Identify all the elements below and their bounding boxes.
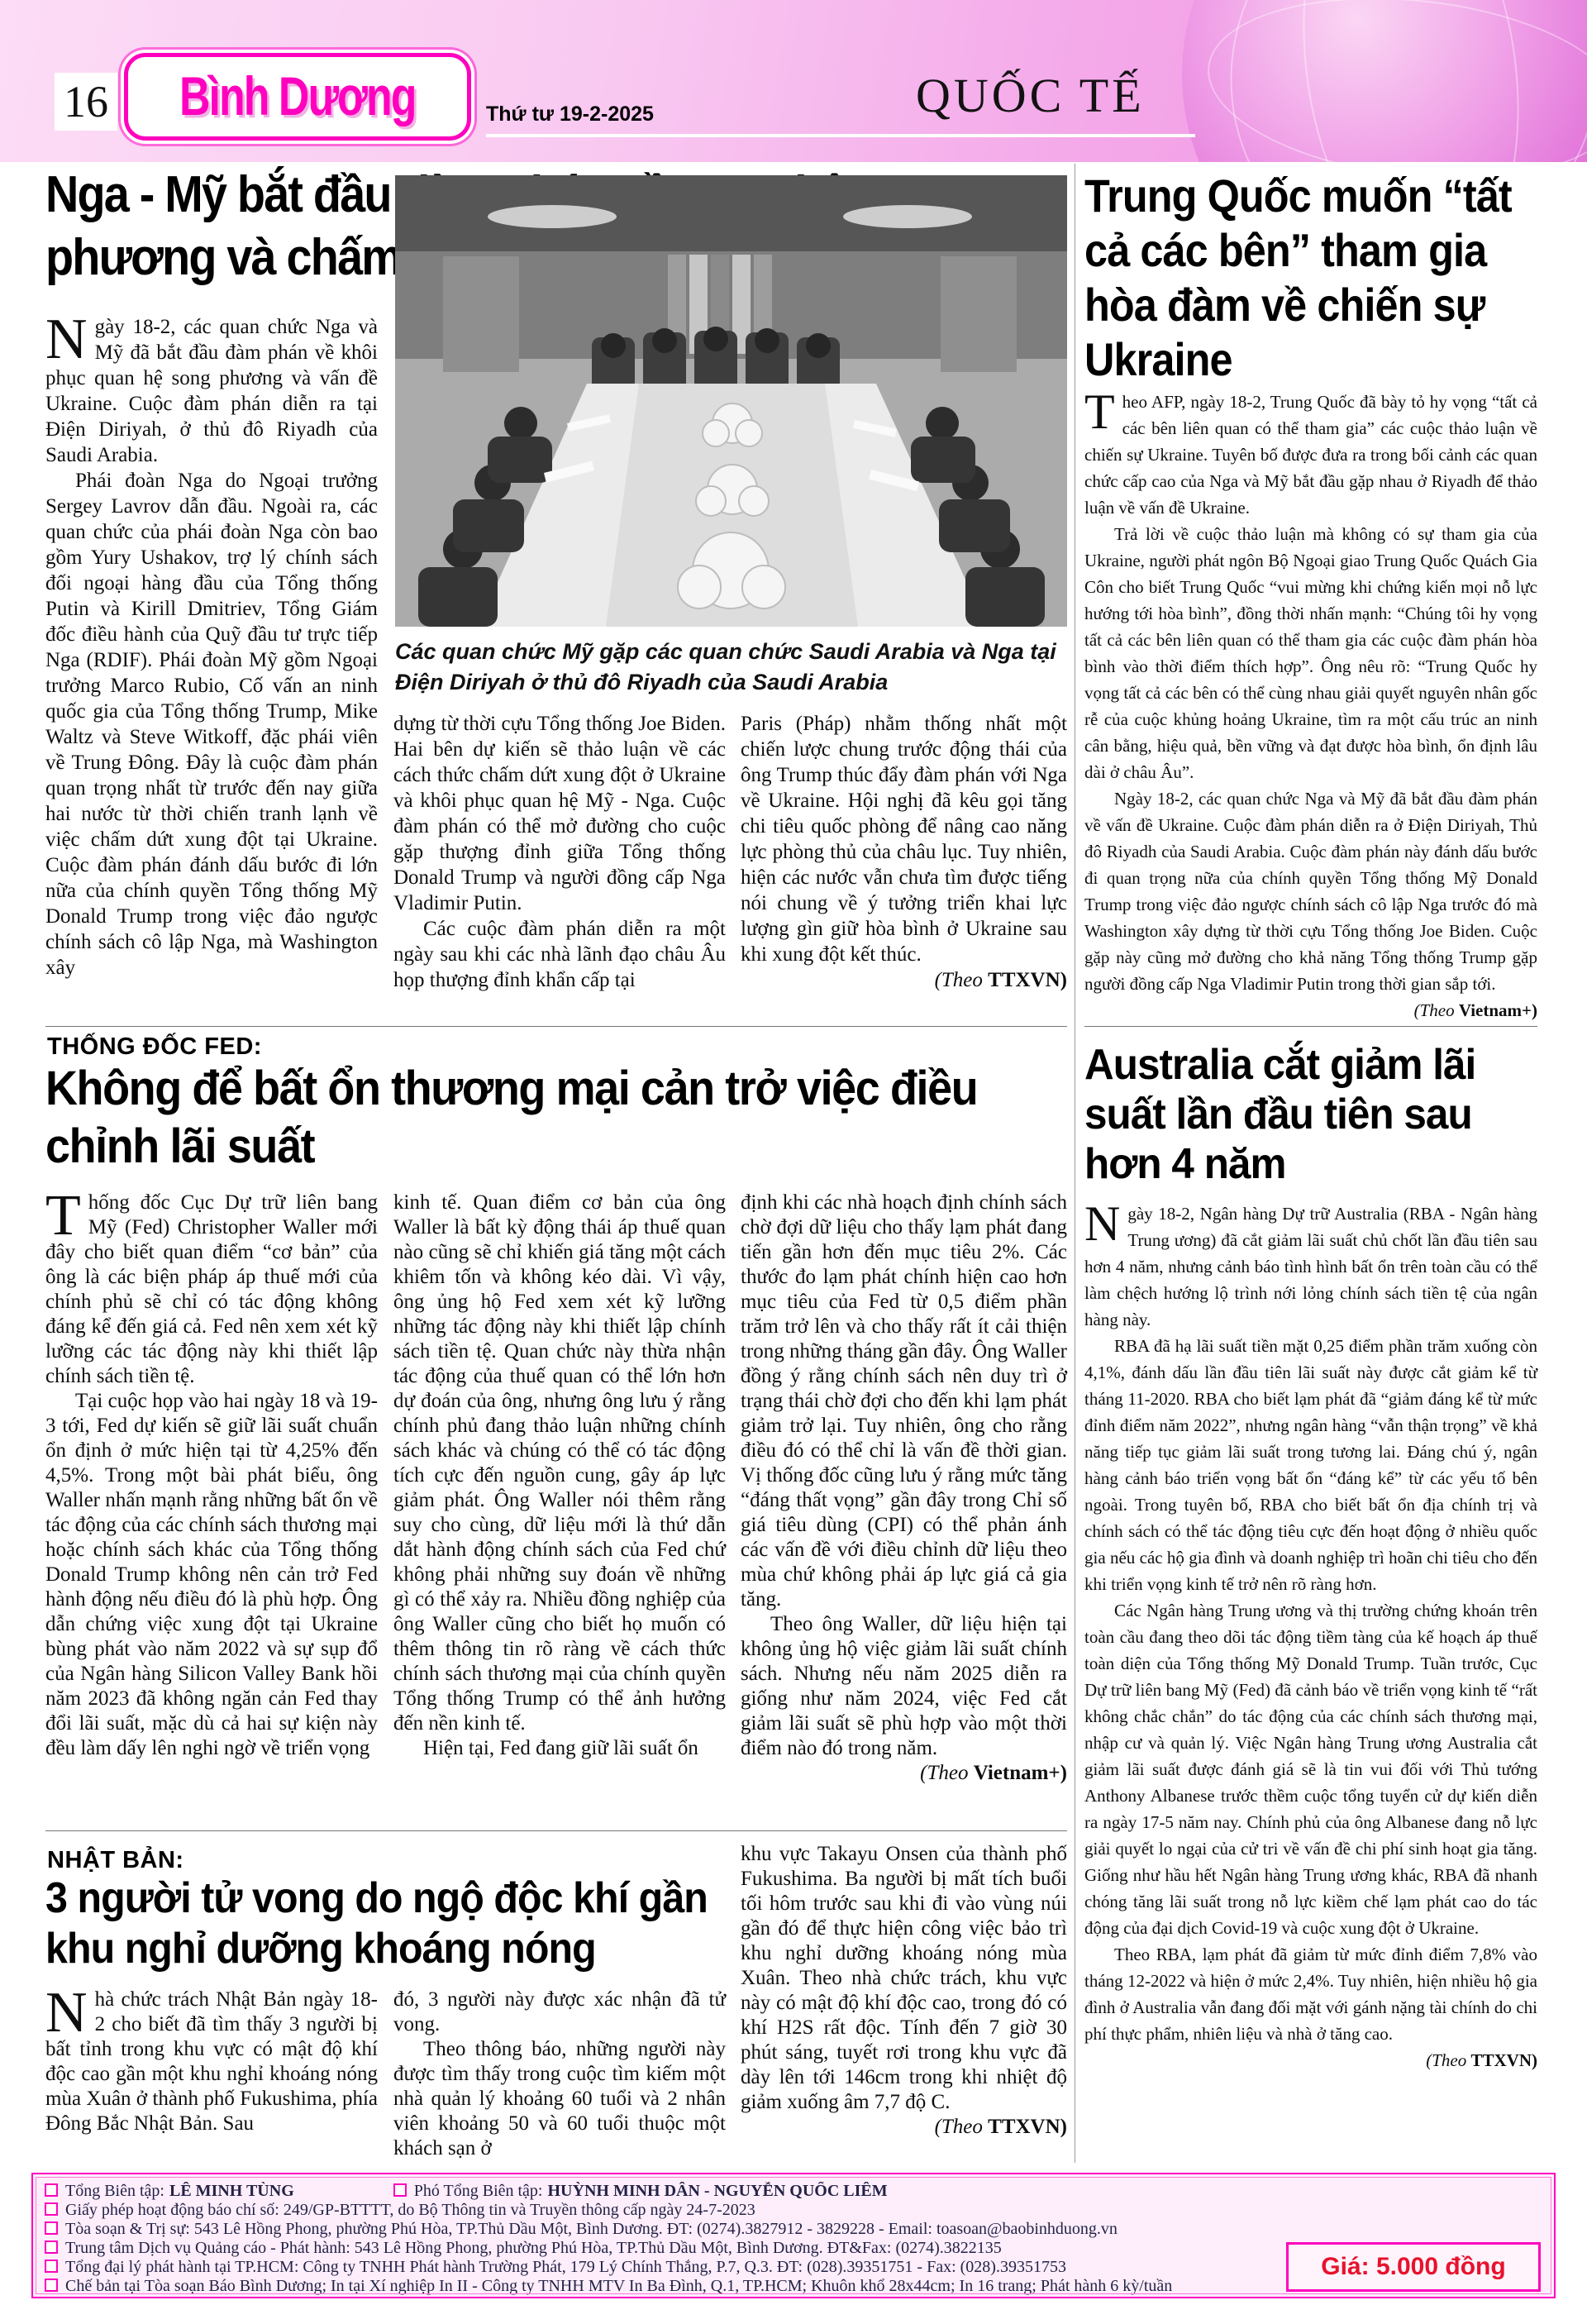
newspaper-page: 16 Bình Dương Thứ tư 19-2-2025 QUỐC TẾ N… — [0, 0, 1587, 2324]
footer-text: Giấy phép hoạt động báo chí số: 249/GP-B… — [65, 2201, 755, 2220]
footer-line-address: Tòa soạn & Trị sự: 543 Lê Hồng Phong, ph… — [45, 2220, 1268, 2239]
paragraph: định khi các nhà hoạch định chính sách c… — [741, 1191, 1067, 1612]
paragraph: Ngày 18-2, các quan chức Nga và Mỹ đã bắ… — [45, 314, 378, 468]
photo-caption: Các quan chức Mỹ gặp các quan chức Saudi… — [395, 637, 1067, 698]
article-japan-col2: đó, 3 người này được xác nhận đã tử vong… — [393, 1988, 726, 2161]
paragraph: Nhà chức trách Nhật Bản ngày 18-2 cho bi… — [45, 1988, 378, 2136]
article-fed-col3: định khi các nhà hoạch định chính sách c… — [741, 1191, 1067, 1786]
source-prefix: (Theo — [1414, 1000, 1459, 1020]
paragraph-text: gày 18-2, Ngân hàng Dự trữ Australia (RB… — [1084, 1204, 1537, 1329]
paragraph: khu vực Takayu Onsen của thành phố Fukus… — [741, 1842, 1067, 2115]
section-rule — [45, 1830, 1067, 1831]
article-japan-kicker: NHẬT BẢN: — [47, 1847, 184, 1874]
section-rule — [45, 1026, 1067, 1027]
paragraph: Thống đốc Cục Dự trữ liên bang Mỹ (Fed) … — [45, 1191, 378, 1389]
square-bullet-icon — [45, 2183, 58, 2197]
issue-date: Thứ tư 19-2-2025 — [486, 103, 654, 126]
deputy-editors-names: HUỲNH MINH DÂN - NGUYỄN QUỐC LIÊM — [548, 2182, 888, 2201]
source-prefix: (Theo — [920, 1762, 974, 1784]
article-japan-col1: Nhà chức trách Nhật Bản ngày 18-2 cho bi… — [45, 1988, 378, 2136]
paragraph: Phái đoàn Nga do Ngoại trưởng Sergey Lav… — [45, 468, 378, 981]
article-russia-us-col3: Paris (Pháp) nhằm thống nhất một chiến l… — [741, 711, 1067, 993]
article-russia-us-col2: dựng từ thời cựu Tổng thống Joe Biden. H… — [393, 711, 726, 993]
footer-line-distribution: Tổng đại lý phát hành tại TP.HCM: Công t… — [45, 2258, 1268, 2277]
source-credit: (Theo Vietnam+) — [1084, 997, 1537, 1024]
source-name: Vietnam+) — [1459, 1000, 1537, 1020]
section-title: QUỐC TẾ — [916, 68, 1145, 123]
square-bullet-icon — [45, 2221, 58, 2235]
square-bullet-icon — [393, 2183, 407, 2197]
article-russia-us-col1: Ngày 18-2, các quan chức Nga và Mỹ đã bắ… — [45, 314, 378, 981]
drop-cap: N — [1084, 1200, 1127, 1243]
editor-in-chief-name: LÊ MINH TÙNG — [169, 2182, 294, 2201]
paragraph-text: hà chức trách Nhật Bản ngày 18-2 cho biế… — [45, 1988, 378, 2135]
article-fed-col2: kinh tế. Quan điểm cơ bản của ông Waller… — [393, 1191, 726, 1761]
source-name: TTXVN) — [1470, 2050, 1537, 2070]
paragraph: Ngày 18-2, Ngân hàng Dự trữ Australia (R… — [1084, 1200, 1537, 1333]
article-fed-kicker: THỐNG ĐỐC FED: — [47, 1033, 262, 1061]
paragraph: đó, 3 người này được xác nhận đã tử vong… — [393, 1988, 726, 2037]
section-rule — [1084, 1026, 1537, 1027]
square-bullet-icon — [45, 2240, 58, 2254]
article-japan-col3: khu vực Takayu Onsen của thành phố Fukus… — [741, 1842, 1067, 2140]
source-credit: (Theo TTXVN) — [1084, 2047, 1537, 2073]
paragraph: RBA đã hạ lãi suất tiền mặt 0,25 điểm ph… — [1084, 1333, 1537, 1597]
footer-text: Trung tâm Dịch vụ Quảng cáo - Phát hành:… — [65, 2239, 1002, 2258]
header-rule — [486, 134, 1195, 137]
paragraph: Trả lời về cuộc thảo luận mà không có sự… — [1084, 521, 1537, 785]
article-japan-headline: 3 người tử vong do ngộ độc khí gần khu n… — [45, 1873, 741, 1974]
paragraph: Theo RBA, lạm phát đã giảm từ mức đỉnh đ… — [1084, 1941, 1537, 2047]
paragraph: kinh tế. Quan điểm cơ bản của ông Waller… — [393, 1191, 726, 1736]
article-fed-headline: Không để bất ổn thương mại cản trở việc … — [45, 1060, 1068, 1176]
article-china-body: Theo AFP, ngày 18-2, Trung Quốc đã bày t… — [1084, 389, 1537, 1024]
article-china-headline: Trung Quốc muốn “tất cả các bên” tham gi… — [1084, 169, 1550, 387]
source-prefix: (Theo — [935, 969, 989, 991]
paragraph: Theo thông báo, những người này được tìm… — [393, 2037, 726, 2161]
drop-cap: N — [45, 314, 95, 362]
masthead-title: Bình Dương — [179, 65, 416, 128]
source-prefix: (Theo — [1426, 2050, 1470, 2070]
source-name: TTXVN) — [988, 969, 1067, 991]
globe-icon — [1182, 0, 1587, 162]
paragraph-text: gày 18-2, các quan chức Nga và Mỹ đã bắt… — [45, 316, 378, 466]
footer-text: Tòa soạn & Trị sự: 543 Lê Hồng Phong, ph… — [65, 2220, 1118, 2239]
paragraph-text: heo AFP, ngày 18-2, Trung Quốc đã bày tỏ… — [1084, 392, 1537, 518]
drop-cap: N — [45, 1988, 95, 2035]
footer-label: Phó Tổng Biên tập: — [414, 2182, 543, 2201]
footer-line-advertising: Trung tâm Dịch vụ Quảng cáo - Phát hành:… — [45, 2239, 1268, 2258]
square-bullet-icon — [45, 2279, 58, 2292]
source-credit: (Theo TTXVN) — [741, 967, 1067, 993]
paragraph: Theo ông Waller, dữ liệu hiện tại không … — [741, 1612, 1067, 1761]
price-badge: Giá: 5.000 đồng — [1286, 2242, 1541, 2292]
footer-text: Chế bản tại Tòa soạn Báo Bình Dương; In … — [65, 2277, 1172, 2296]
drop-cap: T — [45, 1191, 88, 1238]
source-credit: (Theo Vietnam+) — [741, 1761, 1067, 1786]
source-name: TTXVN) — [988, 2116, 1067, 2138]
paragraph: Các cuộc đàm phán diễn ra một ngày sau k… — [393, 916, 726, 993]
masthead-logo: Bình Dương — [124, 53, 471, 141]
paragraph: Tại cuộc họp vào hai ngày 18 và 19-3 tới… — [45, 1389, 378, 1761]
footer-text: Tổng đại lý phát hành tại TP.HCM: Công t… — [65, 2258, 1066, 2277]
drop-cap: T — [1084, 389, 1122, 432]
column-divider — [1075, 164, 1075, 2163]
paragraph: dựng từ thời cựu Tổng thống Joe Biden. H… — [393, 711, 726, 916]
source-name: Vietnam+) — [974, 1762, 1067, 1784]
meeting-photo — [395, 175, 1067, 627]
paragraph: Các Ngân hàng Trung ương và thị trường c… — [1084, 1597, 1537, 1941]
footer-line-editors: Tổng Biên tập: LÊ MINH TÙNG Phó Tổng Biê… — [45, 2182, 1268, 2201]
article-fed-col1: Thống đốc Cục Dự trữ liên bang Mỹ (Fed) … — [45, 1191, 378, 1761]
paragraph: Hiện tại, Fed đang giữ lãi suất ổn — [393, 1736, 726, 1761]
paragraph-text: hống đốc Cục Dự trữ liên bang Mỹ (Fed) C… — [45, 1191, 378, 1387]
paragraph: Ngày 18-2, các quan chức Nga và Mỹ đã bắ… — [1084, 785, 1537, 997]
paragraph: Paris (Pháp) nhằm thống nhất một chiến l… — [741, 711, 1067, 967]
meeting-photo-image — [395, 175, 1067, 627]
source-prefix: (Theo — [935, 2116, 989, 2138]
paragraph: Theo AFP, ngày 18-2, Trung Quốc đã bày t… — [1084, 389, 1537, 521]
source-credit: (Theo TTXVN) — [741, 2115, 1067, 2140]
page-number: 16 — [55, 73, 117, 131]
square-bullet-icon — [45, 2202, 58, 2216]
article-australia-headline: Australia cắt giảm lãi suất lần đầu tiên… — [1084, 1040, 1556, 1189]
square-bullet-icon — [45, 2260, 58, 2273]
footer-line-license: Giấy phép hoạt động báo chí số: 249/GP-B… — [45, 2201, 1268, 2220]
footer-line-printing: Chế bản tại Tòa soạn Báo Bình Dương; In … — [45, 2277, 1268, 2296]
footer-label: Tổng Biên tập: — [65, 2182, 164, 2201]
page-header: 16 Bình Dương Thứ tư 19-2-2025 QUỐC TẾ — [0, 0, 1587, 162]
article-australia-body: Ngày 18-2, Ngân hàng Dự trữ Australia (R… — [1084, 1200, 1537, 2073]
